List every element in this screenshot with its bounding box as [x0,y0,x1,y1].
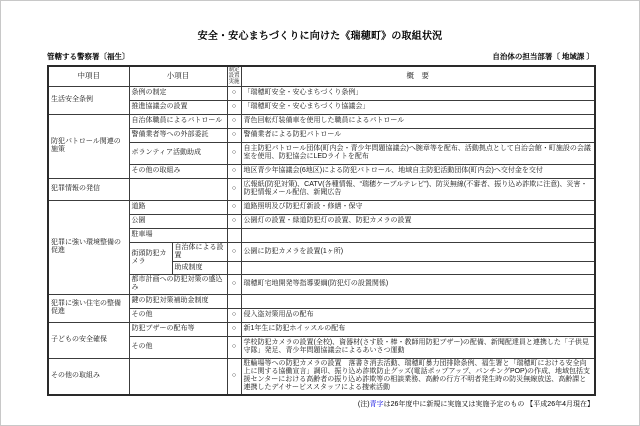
small-item-cell: 条例の制定 [129,86,227,100]
table-row: 都市計画への防犯対策の盛込み ○ 瑞穂町宅地開発等指導要綱(防犯灯の設置関係) [48,275,595,295]
small-item-cell: その他 [129,308,227,322]
small-item-cell: 鍵の防犯対策補助金制度 [129,294,227,308]
summary-cell [241,294,595,308]
meta-row: 管轄する警察署〔福生〕 自治体の担当部署〔 地域課 〕 [47,51,594,62]
status-cell: ○ [227,336,241,358]
summary-cell: 公園に防犯カメラを設置(1ヶ所) [241,242,595,262]
page-title: 安全・安心まちづくりに向けた《瑞穂町》の取組状況 [1,27,639,42]
status-cell [227,294,241,308]
table-row: 街頭防犯カメラ 自治体による設置 ○ 公園に防犯カメラを設置(1ヶ所) [48,242,595,262]
camera-group-cell: 街頭防犯カメラ [129,242,172,275]
header-status: 制定 設置 実施 [227,66,241,86]
status-cell: ○ [227,242,241,262]
status-cell [227,262,241,275]
status-cell: ○ [227,322,241,336]
status-cell: ○ [227,200,241,214]
small-item-cell: 駐車場 [129,228,227,242]
table-row: 生活安全条例 条例の制定 ○ 「瑞穂町安全・安心まちづくり条例」 [48,86,595,100]
table-row: 公園 ○ 公園灯の設置・緑道防犯灯の設置、防犯カメラの設置 [48,214,595,228]
small-item-cell: 公園 [129,214,227,228]
summary-cell: 道路照明及び防犯灯新設・修繕・保守 [241,200,595,214]
status-cell: ○ [227,142,241,164]
footnote-prefix: (注) [358,401,370,408]
header-status-line: 実施 [229,79,240,85]
table-row: 子どもの安全確保 防犯ブザーの配布等 ○ 新1年生に防犯ホイッスルの配布 [48,322,595,336]
summary-cell: 駐輪場等への防犯カメラの設置 落書き消去活動、瑞穂町暴力団排除条例、福生署と「瑞… [241,358,595,395]
summary-cell: 新1年生に防犯ホイッスルの配布 [241,322,595,336]
table-row: 警備業者等への外部委託 ○ 警備業者による防犯パトロール [48,128,595,142]
document-page: 安全・安心まちづくりに向けた《瑞穂町》の取組状況 管轄する警察署〔福生〕 自治体… [0,0,640,426]
header-summary: 概 要 [241,66,595,86]
summary-cell: 瑞穂町宅地開発等指導要綱(防犯灯の設置関係) [241,275,595,295]
small-item-cell: 道路 [129,200,227,214]
mid-item-cell: その他の取組み [48,358,129,395]
table-row: ボランティア活動助成 ○ 自主防犯パトロール団体(町内会・青少年問題協議会)へ腕… [48,142,595,164]
table-row: その他 ○ 学校防犯カメラの設置(全校)、資器材(さす股・棒・教師用防犯ブザー)… [48,336,595,358]
mid-item-cell: 犯罪情報の発信 [48,178,129,200]
police-station-label: 管轄する警察署〔福生〕 [47,51,130,62]
content-area: 管轄する警察署〔福生〕 自治体の担当部署〔 地域課 〕 中項目 小項目 制定 設… [47,51,594,409]
initiatives-table: 中項目 小項目 制定 設置 実施 概 要 生活安全条例 条例の制定 ○ 「瑞穂町… [47,65,596,396]
header-small-item: 小項目 [129,66,227,86]
small-item-cell: その他の取組み [129,164,227,178]
table-row: 犯罪に強い環境整備の促進 道路 ○ 道路照明及び防犯灯新設・修繕・保守 [48,200,595,214]
small-item-cell: 助成制度 [172,262,227,275]
table-row: その他 ○ 侵入盗対策用品の配布 [48,308,595,322]
summary-cell: 青色回転灯装備車を使用した職員によるパトロール [241,114,595,128]
table-row: 推進協議会の設置 ○ 「瑞穂町安全・安心まちづくり協議会」 [48,100,595,114]
small-item-cell: ボランティア活動助成 [129,142,227,164]
small-item-cell [129,178,227,200]
table-row: その他の取組み ○ 地区青少年協議会(6地区)による防犯パトロール、地域自主防犯… [48,164,595,178]
status-cell: ○ [227,214,241,228]
table-header-row: 中項目 小項目 制定 設置 実施 概 要 [48,66,595,86]
mid-item-cell: 防犯パトロール関連の施策 [48,114,129,178]
status-cell: ○ [227,275,241,295]
summary-cell: 地区青少年協議会(6地区)による防犯パトロール、地域自主防犯活動団体(町内会)へ… [241,164,595,178]
footnote-text: は26年度中に新規に実施又は実施予定のもの 【平成26年4月現在】 [384,401,594,408]
department-label: 自治体の担当部署〔 地域課 〕 [492,51,594,62]
mid-item-cell: 犯罪に強い環境整備の促進 [48,200,129,294]
status-cell: ○ [227,114,241,128]
status-cell: ○ [227,308,241,322]
small-item-cell: 都市計画への防犯対策の盛込み [129,275,227,295]
header-mid-item: 中項目 [48,66,129,86]
table-row: 駐車場 [48,228,595,242]
small-item-cell [129,358,227,395]
summary-cell [241,262,595,275]
summary-cell: 警備業者による防犯パトロール [241,128,595,142]
summary-cell: 公園灯の設置・緑道防犯灯の設置、防犯カメラの設置 [241,214,595,228]
footnote: (注)青字は26年度中に新規に実施又は実施予定のもの 【平成26年4月現在】 [47,399,594,409]
small-item-cell: 防犯ブザーの配布等 [129,322,227,336]
small-item-cell: 警備業者等への外部委託 [129,128,227,142]
table-row: 犯罪に強い住宅の整備促進 鍵の防犯対策補助金制度 [48,294,595,308]
summary-cell: 「瑞穂町安全・安心まちづくり条例」 [241,86,595,100]
summary-cell: 侵入盗対策用品の配布 [241,308,595,322]
status-cell: ○ [227,128,241,142]
summary-cell: 広報紙(防犯対策)、CATV(各種情報、“瑞穂ケーブルテレビ”)、防災無線(不審… [241,178,595,200]
summary-cell: 自主防犯パトロール団体(町内会・青少年問題協議会)へ腕章等を配布、活動拠点として… [241,142,595,164]
status-cell: ○ [227,164,241,178]
mid-item-cell: 生活安全条例 [48,86,129,114]
status-cell: ○ [227,178,241,200]
table-row: 防犯パトロール関連の施策 自治体職員によるパトロール ○ 青色回転灯装備車を使用… [48,114,595,128]
status-cell: ○ [227,86,241,100]
summary-cell [241,228,595,242]
small-item-cell: その他 [129,336,227,358]
small-item-cell: 自治体職員によるパトロール [129,114,227,128]
footnote-blue-term: 青字 [370,401,384,408]
table-row: その他の取組み ○ 駐輪場等への防犯カメラの設置 落書き消去活動、瑞穂町暴力団排… [48,358,595,395]
mid-item-cell: 子どもの安全確保 [48,322,129,358]
status-cell [227,228,241,242]
summary-cell: 学校防犯カメラの設置(全校)、資器材(さす股・棒・教師用防犯ブザー)の配備、新聞… [241,336,595,358]
small-item-cell: 自治体による設置 [172,242,227,262]
table-row: 犯罪情報の発信 ○ 広報紙(防犯対策)、CATV(各種情報、“瑞穂ケーブルテレビ… [48,178,595,200]
status-cell: ○ [227,100,241,114]
small-item-cell: 推進協議会の設置 [129,100,227,114]
mid-item-cell: 犯罪に強い住宅の整備促進 [48,294,129,322]
status-cell: ○ [227,358,241,395]
summary-cell: 「瑞穂町安全・安心まちづくり協議会」 [241,100,595,114]
